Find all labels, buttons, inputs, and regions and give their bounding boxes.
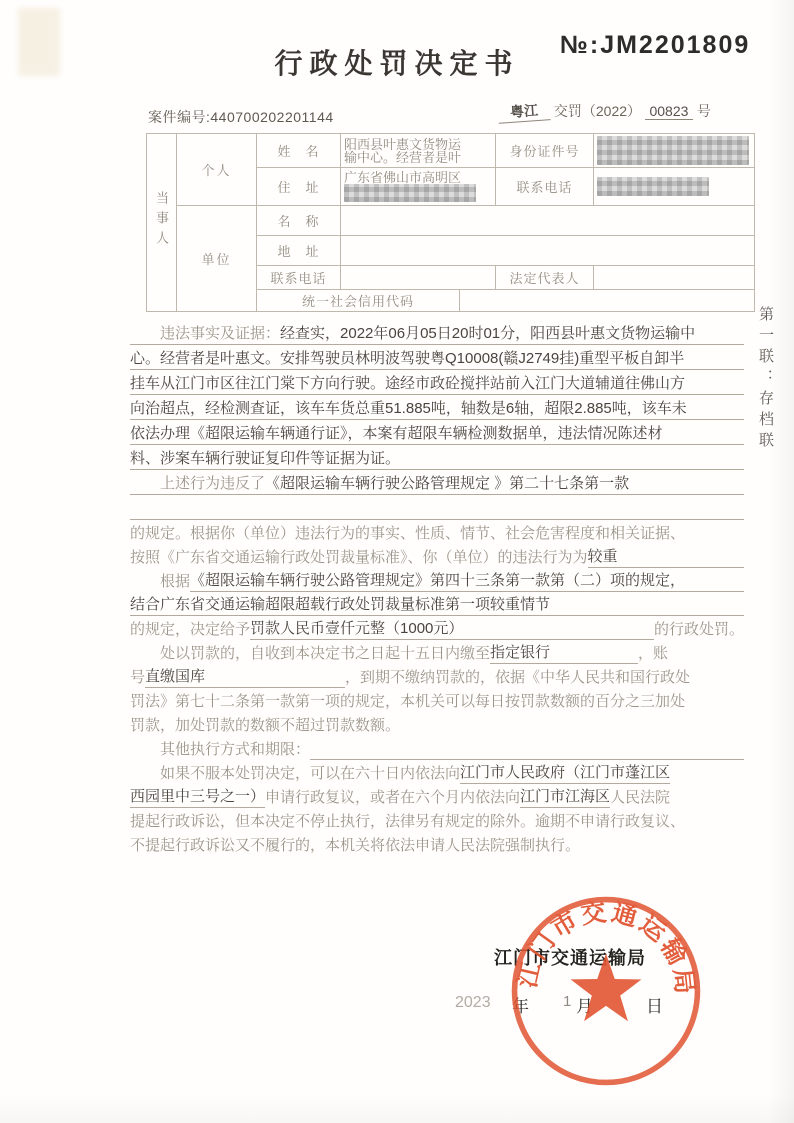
org-address-label: 地 址	[257, 236, 341, 266]
name-value: 阳西县叶惠文货物运 输中心。经营者是叶	[341, 134, 496, 168]
id-number-value	[594, 134, 755, 168]
blank-fill	[550, 615, 744, 616]
doc-number-value: 00823	[645, 103, 693, 120]
seal-star	[571, 954, 642, 1022]
residence-value: 广东省佛山市高明区	[341, 168, 496, 206]
facts-line: 料、涉案车辆行驶证复印件等证据为证。	[130, 445, 744, 470]
violation-line: 上述行为违反了 《超限运输车辆行驶公路管理规定 》第二十七条第一款	[130, 470, 744, 495]
facts-line: 违法事实及证据： 经查实，2022年06月05日20时01分，阳西县叶惠文货物运…	[130, 320, 744, 345]
table-row: 单位 名 称	[147, 206, 755, 236]
residence-label: 住 址	[257, 168, 341, 206]
scan-smudge	[18, 8, 60, 76]
party-cell: 当事人	[147, 134, 177, 312]
org-phone-label: 联系电话	[257, 266, 341, 290]
credit-code-label: 统一社会信用代码	[257, 290, 460, 312]
decision-body: 违法事实及证据： 经查实，2022年06月05日20时01分，阳西县叶惠文货物运…	[130, 320, 744, 856]
blank-fill	[205, 687, 345, 688]
credit-code-value	[460, 290, 755, 312]
party-info-table: 当事人 个人 姓 名 阳西县叶惠文货物运 输中心。经营者是叶 身份证件号 住 址…	[146, 133, 755, 312]
facts-line: 依法办理《超限运输车辆通行证》，本案有超限车辆检测数据单，违法情况陈述材	[130, 420, 744, 445]
doc-number-suffix: 号	[697, 103, 711, 119]
appeal-line: 不提起行政诉讼又不履行的，本机关将依法申请人民法院强制执行。	[130, 832, 744, 856]
serial-number: №:JM2201809	[560, 31, 750, 60]
redacted-phone-block	[597, 177, 709, 196]
blank-fill	[550, 663, 638, 664]
org-name-value	[341, 206, 755, 236]
org-name-label: 名 称	[257, 206, 341, 236]
blank-fill	[310, 759, 744, 760]
legal-basis-line: 根据 《超限运输车辆行驶公路管理规定》第四十三条第一款第（二）项的规定，	[130, 568, 744, 592]
facts-line: 向治超点，经检测查证，该车车货总重51.885吨，轴数是6轴，超限2.885吨，…	[130, 395, 744, 420]
legal-basis-line: 结合广东省交通运输超限超载行政处罚裁量标准第一项较重情节	[130, 592, 744, 616]
payment-line: 处以罚款的，自收到本决定书之日起十五日内缴至 指定银行 ，账	[130, 640, 744, 664]
case-number: 案件编号:440700202201144	[148, 107, 334, 127]
official-seal: 江门市交通运输局	[508, 893, 704, 1089]
other-execution-line: 其他执行方式和期限：	[130, 736, 744, 760]
facts-line: 心。经营者是叶惠文。安排驾驶员林明波驾驶粤Q10008(赣J2749挂)重型平板…	[130, 345, 744, 370]
scan-edge-bottom	[0, 1093, 794, 1123]
blank-fill	[463, 639, 654, 640]
redacted-address-block	[344, 184, 476, 202]
assessment-line: 的规定。根据你（单位）违法行为的事实、性质、情节、社会危害程度和相关证据、	[130, 520, 744, 544]
payment-line: 号 直缴国库 ，到期不缴纳罚款的，依据《中华人民共和国行政处	[130, 664, 744, 688]
individual-group-cell: 个人	[177, 134, 257, 206]
appeal-line: 如果不服本处罚决定，可以在六十日内依法向 江门市人民政府（江门市蓬江区	[130, 760, 744, 784]
document-title: 行政处罚决定书	[274, 42, 519, 82]
year-value: 2023	[455, 994, 491, 1012]
penalty-decision-document: 行政处罚决定书 №:JM2201809 案件编号:440700202201144…	[0, 0, 794, 1123]
copy-tab-label: 第一联：存档联	[755, 306, 776, 453]
redacted-id-block	[597, 136, 749, 165]
penalty-line: 的规定，决定给予 罚款人民币壹仟元整（1000元） 的行政处罚。	[130, 616, 744, 640]
payment-line: 罚法》第七十二条第一款第一项的规定，本机关可以每日按罚款数额的百分之三加处	[130, 688, 744, 712]
blank-fill	[685, 591, 744, 592]
appeal-line: 提起行政诉讼，但本决定不停止执行，法律另有规定的除外。逾期不申请行政复议、	[130, 808, 744, 832]
payment-line: 罚款，加处罚款的数额不超过罚款数额。	[130, 712, 744, 736]
appeal-line: 西园里中三号之一） 申请行政复议，或者在六个月内依法向 江门市江海区 人民法院	[130, 784, 744, 808]
scan-edge-right	[768, 0, 794, 1123]
name-label: 姓 名	[257, 134, 341, 168]
doc-region-code: 粤江	[497, 99, 550, 124]
unit-group-cell: 单位	[177, 206, 257, 312]
legal-rep-value	[594, 266, 755, 290]
document-number-line: 粤江 交罚（2022） 00823 号	[498, 101, 711, 122]
id-number-label: 身份证件号	[496, 134, 594, 168]
legal-rep-label: 法定代表人	[496, 266, 594, 290]
phone-label: 联系电话	[496, 168, 594, 206]
org-phone-value	[341, 266, 496, 290]
phone-value	[594, 168, 755, 206]
table-row: 当事人 个人 姓 名 阳西县叶惠文货物运 输中心。经营者是叶 身份证件号	[147, 134, 755, 168]
org-address-value	[341, 236, 755, 266]
assessment-line: 按照《广东省交通运输行政处罚裁量标准》、你（单位）的违法行为为 较重	[130, 544, 744, 568]
blank-line	[130, 495, 744, 520]
facts-line: 挂车从江门市区往江门棠下方向行驶。途经市政砼搅拌站前入江门大道辅道往佛山方	[130, 370, 744, 395]
doc-number-mid: 交罚（2022）	[554, 103, 641, 119]
blank-fill	[618, 567, 744, 568]
